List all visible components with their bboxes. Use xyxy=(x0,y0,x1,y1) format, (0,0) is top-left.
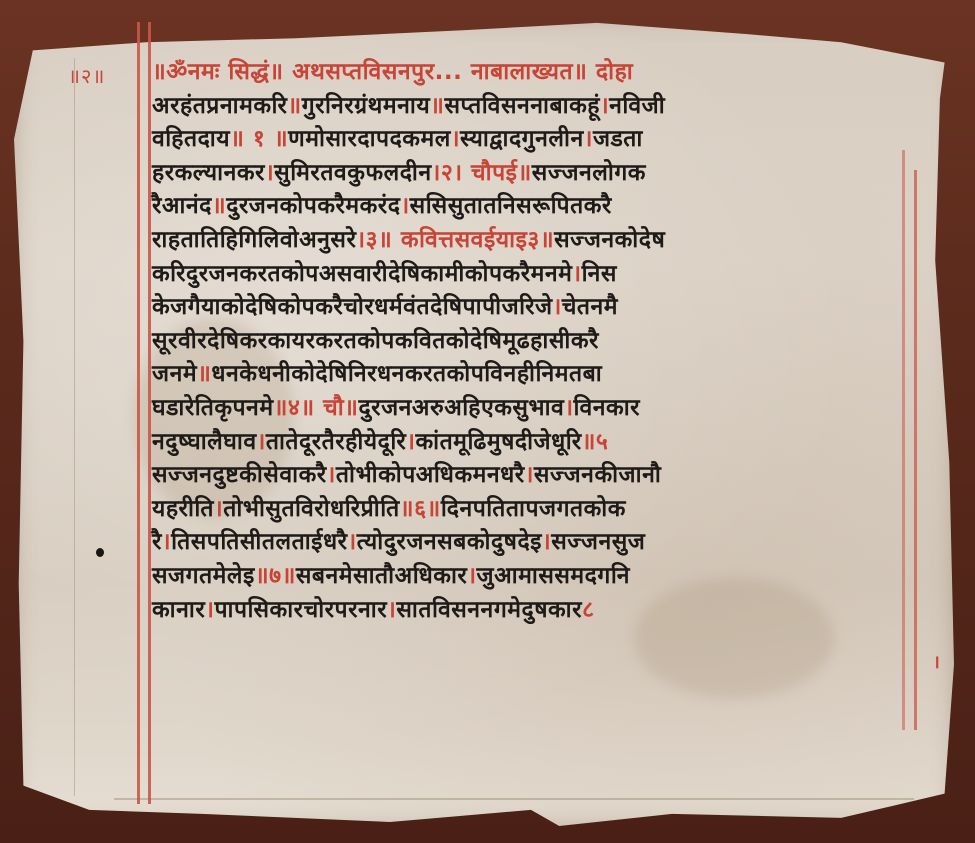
text-segment: दुरजनकोपकरैमकरंद xyxy=(226,193,400,219)
text-segment: निस xyxy=(582,261,617,287)
text-segment: घडारेतिकृपनमे xyxy=(152,395,274,421)
rubric-segment: । xyxy=(542,529,551,555)
rubric-segment: ॥ xyxy=(197,361,211,387)
rubric-segment: ॥ xyxy=(212,193,226,219)
text-line: यहरीति।तोभीसुतविरोधरिप्रीति॥६॥दिनपतितापज… xyxy=(152,493,904,527)
text-segment: सजगतमेलेइ xyxy=(152,563,255,589)
rubric-segment: । xyxy=(584,126,593,152)
text-line: सजगतमेलेइ॥७॥सबनमेसातौअधिकार।जुआमाससमदगनि xyxy=(152,560,904,594)
paper-crease xyxy=(114,798,914,800)
text-line: नदुष्घालैघाव।तातेदूरतैरहीयेदूरि।कांतमूढि… xyxy=(152,426,904,460)
title-line: ॥ॐनमः सिद्धं॥ अथसप्तविसनपुर... नाबालाख्य… xyxy=(152,56,904,90)
text-segment: नविजी xyxy=(609,93,665,119)
rubric-segment: । xyxy=(348,529,357,555)
text-segment: अरहंतप्रनामकरि xyxy=(152,93,287,119)
text-segment: कानार xyxy=(152,597,205,623)
text-segment: स्याद्वादगुनलीन xyxy=(460,126,584,152)
text-segment: कांतमूढिमुषदीजेधूरि xyxy=(415,429,581,455)
paper-fold-line xyxy=(74,58,75,796)
rubric-segment: ॥६॥ xyxy=(400,496,441,522)
rubric-segment: ८ xyxy=(582,597,594,623)
text-line: कानार।पापसिकारचोरपरनार।सातविसननगमेदुषकार… xyxy=(152,594,904,628)
rubric-segment: । xyxy=(553,294,562,320)
rubric-segment: । xyxy=(564,395,573,421)
rubric-segment: । xyxy=(214,496,223,522)
text-segment: यहरीति xyxy=(152,496,214,522)
rubric-segment: ॥ १ ॥ xyxy=(230,126,288,152)
text-segment: पापसिकारचोरपरनार xyxy=(214,597,387,623)
left-margin-rule xyxy=(148,22,151,804)
manuscript-text-block: ॥ॐनमः सिद्धं॥ अथसप्तविसनपुर... नाबालाख्य… xyxy=(152,56,904,627)
text-line: सज्जनदुष्टकीसेवाकरै।तोभीकोपअधिकमनधरै।सज्… xyxy=(152,459,904,493)
rubric-segment: ॥४॥ चौ॥ xyxy=(274,395,359,421)
ink-dot xyxy=(96,548,104,557)
rubric-segment: नाबालाख्यत॥ दोहा xyxy=(471,59,633,85)
text-segment: सज्जनकोदेष xyxy=(554,227,665,253)
text-segment: सबनमेसातौअधिकार xyxy=(296,563,467,589)
text-line: वहितदाय॥ १ ॥णमोसारदापदकमल।स्याद्वादगुनली… xyxy=(152,123,904,157)
rubric-segment: । xyxy=(451,126,460,152)
text-segment: चेतनमै xyxy=(562,294,618,320)
rubric-segment: । xyxy=(572,261,581,287)
text-segment: सूरवीरदेषिकरकायरकरतकोपकवितकोदेषिमूढहासीक… xyxy=(152,328,599,354)
text-segment: तोभीसुतविरोधरिप्रीति xyxy=(223,496,400,522)
text-line: हरकल्यानकर।सुमिरतवकुफलदीन।२। चौपई॥सज्जनल… xyxy=(152,157,904,191)
text-segment: तातेदूरतैरहीयेदूरि xyxy=(266,429,406,455)
text-segment: सज्जनदुष्टकीसेवाकरै xyxy=(152,462,327,488)
text-segment: सातविसननगमेदुषकार xyxy=(396,597,582,623)
text-line: केजगैयाकोदेषिकोपकरैचोरधर्मवंतदेषिपापीजरि… xyxy=(152,291,904,325)
text-segment: केजगैयाकोदेषिकोपकरैचोरधर्मवंतदेषिपापीजरि… xyxy=(152,294,553,320)
text-segment: दुरजनअरुअहिएकसुभाव xyxy=(358,395,564,421)
text-segment: सुमिरतवकुफलदीन xyxy=(274,160,432,186)
text-line: करिदुरजनकरतकोपअसवारीदेषिकामीकोपकरैमनमे।न… xyxy=(152,258,904,292)
text-segment: दिनपतितापजगतकोक xyxy=(441,496,626,522)
text-segment: गुरनिरग्रंथमनाय xyxy=(302,93,430,119)
rubric-segment: । xyxy=(162,529,171,555)
text-segment: तिसपतिसीतलताईधरै xyxy=(171,529,347,555)
rubric-segment: ।२। चौपई॥ xyxy=(432,160,532,186)
rubric-segment: ॥ xyxy=(430,93,444,119)
rubric-segment: ॥७॥ xyxy=(255,563,296,589)
text-segment: सज्जनकीजानौ xyxy=(534,462,661,488)
text-line: राहतातिहिगिलिवोअनुसरे।३॥ कवित्तसवईयाइ३॥स… xyxy=(152,224,904,258)
rubric-segment: ॥ xyxy=(287,93,301,119)
text-line: जनमे॥धनकेधनीकोदेषिनिरधनकरतकोपविनहीनिमतबा xyxy=(152,358,904,392)
text-segment: धनकेधनीकोदेषिनिरधनकरतकोपविनहीनिमतबा xyxy=(211,361,602,387)
text-segment: वहितदाय xyxy=(152,126,230,152)
text-segment: णमोसारदापदकमल xyxy=(288,126,451,152)
text-segment: नदुष्घालैघाव xyxy=(152,429,257,455)
rubric-segment: ॥५ xyxy=(582,429,609,455)
right-margin-rule xyxy=(914,170,917,730)
text-segment: जुआमाससमदगनि xyxy=(477,563,631,589)
text-segment: रैआनंद xyxy=(152,193,212,219)
rubric-segment: । xyxy=(400,193,409,219)
text-line: रैआनंद॥दुरजनकोपकरैमकरंद।ससिसुतातनिसरूपित… xyxy=(152,190,904,224)
text-segment: त्योदुरजनसबकोदुषदेइ xyxy=(357,529,542,555)
left-margin-rule xyxy=(137,22,140,804)
text-segment: हरकल्यानकर xyxy=(152,160,265,186)
text-segment: जडता xyxy=(593,126,643,152)
rubric-segment: । xyxy=(257,429,266,455)
text-segment: करिदुरजनकरतकोपअसवारीदेषिकामीकोपकरैमनमे xyxy=(152,261,572,287)
text-segment: राहतातिहिगिलिवोअनुसरे xyxy=(152,227,356,253)
rubric-segment: । xyxy=(525,462,534,488)
text-segment: विनकार xyxy=(574,395,641,421)
text-segment: सज्जनलोगक xyxy=(532,160,646,186)
text-line: अरहंतप्रनामकरि॥गुरनिरग्रंथमनाय॥सप्तविसनन… xyxy=(152,90,904,124)
text-line: घडारेतिकृपनमे॥४॥ चौ॥दुरजनअरुअहिएकसुभाव।व… xyxy=(152,392,904,426)
rubric-segment: । xyxy=(467,563,476,589)
rubric-segment: । xyxy=(387,597,396,623)
text-segment: तोभीकोपअधिकमनधरै xyxy=(336,462,525,488)
text-segment: रै xyxy=(152,529,162,555)
text-segment: जनमे xyxy=(152,361,197,387)
text-segment: सप्तविसननाबाकहूं xyxy=(444,93,600,119)
text-segment: ससिसुतातनिसरूपितकरै xyxy=(410,193,612,219)
rubric-segment: ।३॥ कवित्तसवईयाइ३॥ xyxy=(356,227,554,253)
rubric-segment: । xyxy=(600,93,609,119)
rubric-segment: । xyxy=(265,160,274,186)
text-segment: सज्जनसुज xyxy=(551,529,645,555)
text-line: रै।तिसपतिसीतलताईधरै।त्योदुरजनसबकोदुषदेइ।… xyxy=(152,526,904,560)
end-mark: । xyxy=(933,650,940,674)
text-line: सूरवीरदेषिकरकायरकरतकोपकवितकोदेषिमूढहासीक… xyxy=(152,325,904,359)
rubric-segment: । xyxy=(327,462,336,488)
rubric-segment: ॥ॐनमः सिद्धं॥ अथसप्तविसनपुर... xyxy=(152,59,471,85)
folio-number: ॥२॥ xyxy=(68,62,105,89)
